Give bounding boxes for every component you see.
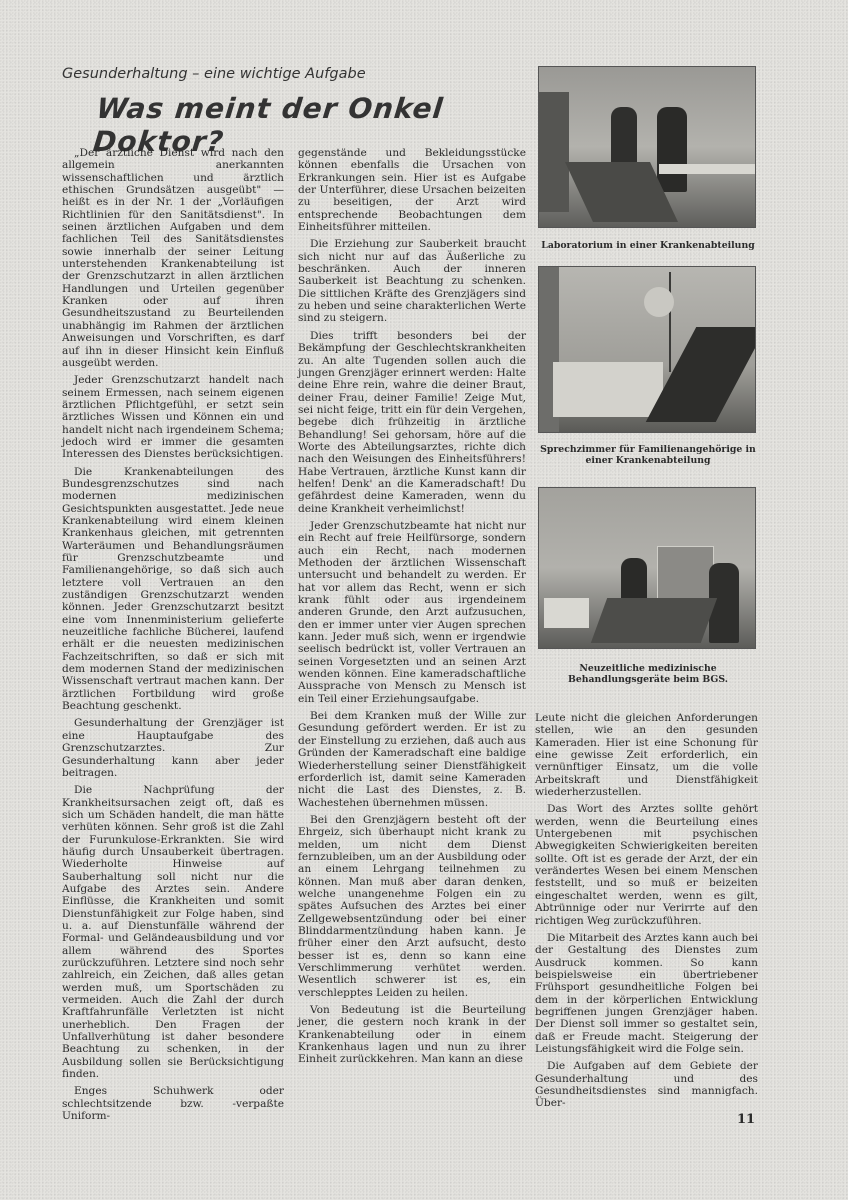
paragraph: Von Bedeutung ist die Beurteilung jener,… <box>298 1004 526 1066</box>
photo-caption: Laboratorium in einer Krankenabteilung <box>535 240 761 251</box>
paragraph: Die Nachprüfung der Krankheitsursachen z… <box>62 784 284 1080</box>
photo-caption: Neuzeitliche medizinische Behandlungsger… <box>535 663 761 685</box>
paragraph: Die Erziehung zur Sauberkeit braucht sic… <box>298 238 526 324</box>
text-column-2: gegenstände und Bekleidungsstücke können… <box>298 147 526 1071</box>
paragraph: Leute nicht die gleichen Anforderungen s… <box>535 712 758 798</box>
paragraph: Das Wort des Arztes sollte gehört werden… <box>535 803 758 926</box>
paragraph: Bei dem Kranken muß der Wille zur Gesund… <box>298 710 526 809</box>
paragraph: Die Krankenabteilungen des Bundesgrenzsc… <box>62 466 284 713</box>
paragraph: Die Aufgaben auf dem Gebiete der Gesunde… <box>535 1060 758 1109</box>
paragraph: Dies trifft besonders bei der Bekämpfung… <box>298 330 526 515</box>
page-number: 11 <box>737 1112 755 1127</box>
text-column-1: „Der ärztliche Dienst wird nach den allg… <box>62 147 284 1127</box>
paragraph: gegenstände und Bekleidungsstücke können… <box>298 147 526 233</box>
paragraph: Jeder Grenzschutzbeamte hat nicht nur ei… <box>298 520 526 705</box>
paragraph: Bei den Grenzjägern besteht oft der Ehrg… <box>298 814 526 999</box>
text-column-3: Leute nicht die gleichen Anforderungen s… <box>535 712 758 1115</box>
paragraph: Die Mitarbeit des Arztes kann auch bei d… <box>535 932 758 1055</box>
photo-caption: Sprechzimmer für Familienangehörige in e… <box>535 444 761 466</box>
paragraph: Jeder Grenzschutzarzt handelt nach seine… <box>62 374 284 460</box>
paragraph: Gesunderhaltung der Grenzjäger ist eine … <box>62 717 284 779</box>
treatment-equipment-photo <box>538 487 756 649</box>
examination-room-photo <box>538 266 756 433</box>
paragraph: Enges Schuhwerk oder schlechtsitzende bz… <box>62 1085 284 1122</box>
article-kicker: Gesunderhaltung – eine wichtige Aufgabe <box>62 66 366 82</box>
paragraph: „Der ärztliche Dienst wird nach den allg… <box>62 147 284 369</box>
laboratory-photo <box>538 66 756 228</box>
